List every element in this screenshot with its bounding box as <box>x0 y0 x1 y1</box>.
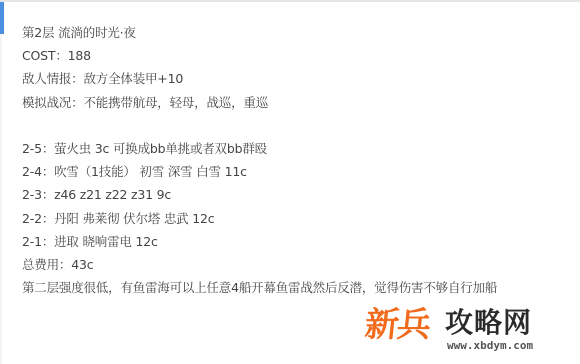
note-line: 第二层强度很低，有鱼雷海可以上任意4船开幕鱼雷战然后反潜，觉得伤害不够自行加船 <box>22 276 572 299</box>
site-watermark-logo: 新兵 攻略网 www.xbdym.com <box>365 305 575 360</box>
enemy-info-line: 敌人情报：敌方全体装甲+10 <box>22 67 572 90</box>
total-cost-line: 总费用：43c <box>22 253 572 276</box>
left-border <box>0 34 2 364</box>
stage-line-2-3: 2-3：z46 z21 z22 z31 9c <box>22 183 572 206</box>
watermark-brand: 新兵 <box>363 305 431 345</box>
watermark-title: 攻略网 <box>445 307 532 339</box>
left-accent-bar <box>0 2 4 34</box>
top-border <box>0 0 580 2</box>
stage-line-2-5: 2-5：萤火虫 3c 可换成bb单挑或者双bb群殴 <box>22 137 572 160</box>
floor-title: 第2层 流淌的时光·夜 <box>22 21 572 44</box>
battle-condition-line: 模拟战况：不能携带航母，轻母，战巡，重巡 <box>22 91 572 114</box>
article-content: 第2层 流淌的时光·夜 COST：188 敌人情报：敌方全体装甲+10 模拟战况… <box>22 21 572 299</box>
cost-line: COST：188 <box>22 44 572 67</box>
stage-line-2-2: 2-2：丹阳 弗莱彻 伏尔塔 忠武 12c <box>22 207 572 230</box>
stage-line-2-1: 2-1：进取 晓响雷电 12c <box>22 230 572 253</box>
spacer <box>22 114 572 137</box>
stage-line-2-4: 2-4：吹雪（1技能） 初雪 深雪 白雪 11c <box>22 160 572 183</box>
watermark-url: www.xbdym.com <box>447 339 533 353</box>
